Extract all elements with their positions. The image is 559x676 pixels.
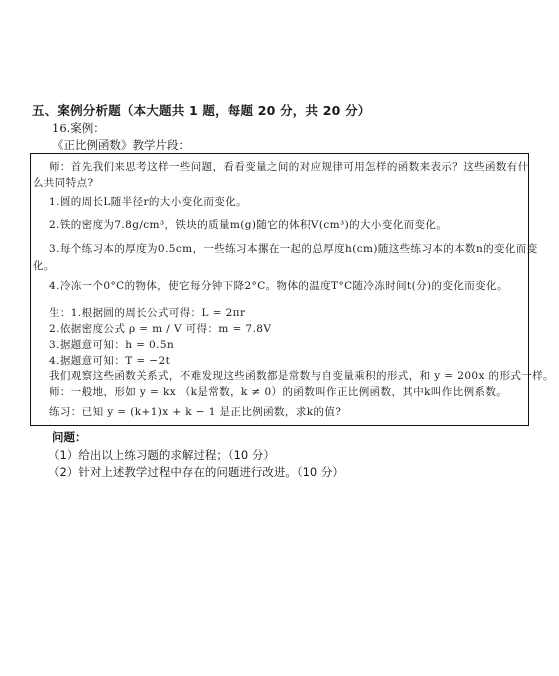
case-box: 师：首先我们来思考这样一些问题，看看变量之间的对应规律可用怎样的函数来表示？这些… <box>30 153 529 426</box>
exercise-text: 练习：已知 y = (k+1)x + k − 1 是正比例函数，求k的值? <box>49 404 341 419</box>
teacher-intro-line1: 师：首先我们来思考这样一些问题，看看变量之间的对应规律可用怎样的函数来表示？这些… <box>49 159 529 174</box>
question-1: （1）给出以上练习题的求解过程；（10 分） <box>48 447 275 463</box>
section-title: 五、案例分析题（本大题共 1 题，每题 20 分，共 20 分） <box>32 101 371 119</box>
student-answer-3: 3.据题意可知：h = 0.5n <box>49 337 174 352</box>
teacher-intro-line2: 么共同特点? <box>33 175 94 190</box>
question-2: （2）针对上述教学过程中存在的问题进行改进。（10 分） <box>48 464 344 480</box>
document-page: 五、案例分析题（本大题共 1 题，每题 20 分，共 20 分） 16.案例： … <box>0 0 559 676</box>
example-1: 1.圆的周长L随半径r的大小变化而变化。 <box>49 194 247 209</box>
student-answer-1: 生：1.根据圆的周长公式可得：L = 2πr <box>49 305 245 320</box>
case-number: 16.案例： <box>52 120 105 136</box>
case-subtitle: 《正比例函数》教学片段： <box>52 137 190 153</box>
example-3: 3.每个练习本的厚度为0.5cm，一些练习本摞在一起的总厚度h(cm)随这些练习… <box>49 241 538 256</box>
student-answer-2: 2.依据密度公式 ρ = m / V 可得：m = 7.8V <box>49 321 271 336</box>
example-2: 2.铁的密度为7.8g/cm³，铁块的质量m(g)随它的体积V(cm³)的大小变… <box>49 217 447 232</box>
example-4: 4.冷冻一个0°C的物体，使它每分钟下降2°C。物体的温度T°C随冷冻时间t(分… <box>49 278 508 293</box>
definition-text: 师：一般地，形如 y = kx （k是常数，k ≠ 0）的函数叫作正比例函数，其… <box>49 384 507 399</box>
observation-text: 我们观察这些函数关系式，不难发现这些函数都是常数与自变量乘积的形式，和 y = … <box>49 368 554 383</box>
questions-title: 问题： <box>52 429 87 445</box>
example-3-cont: 化。 <box>33 258 55 273</box>
student-answer-4: 4.据题意可知：T = −2t <box>49 353 170 368</box>
